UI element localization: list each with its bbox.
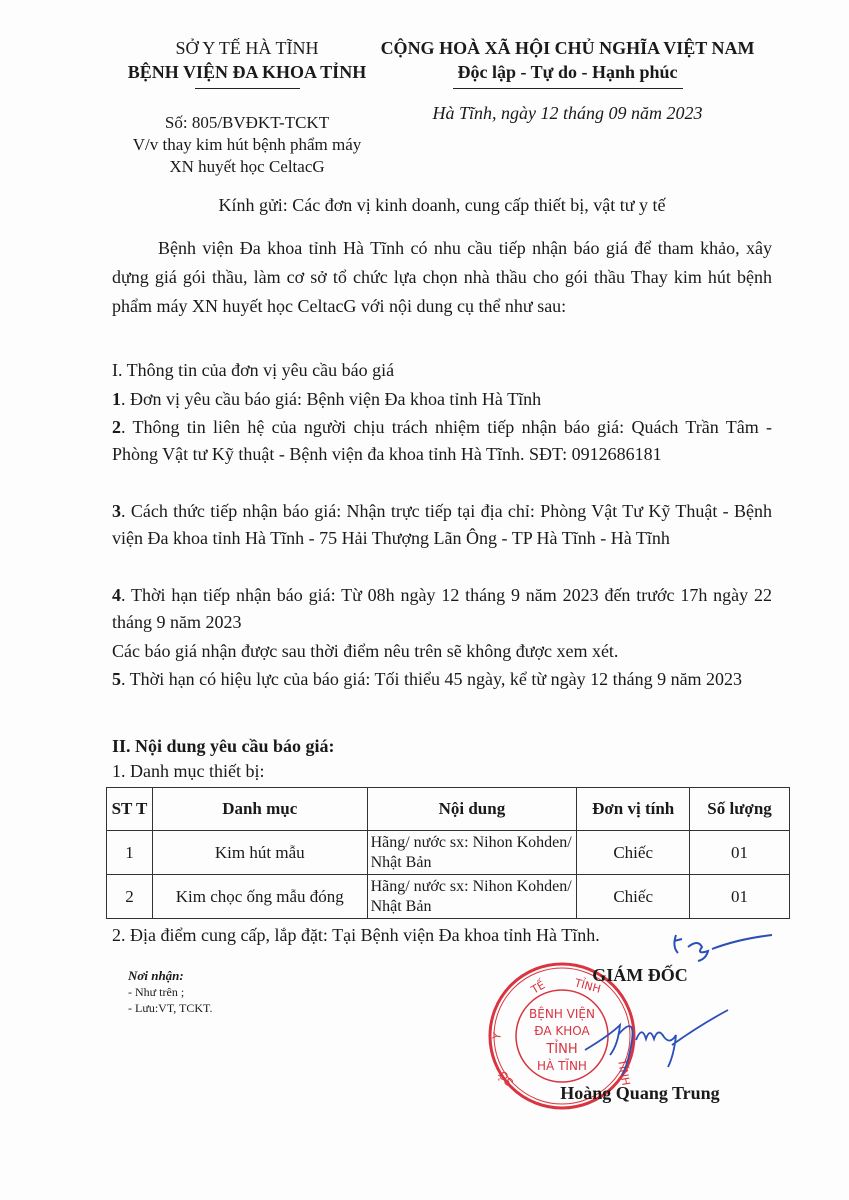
section1-item-4: 4. Thời hạn tiếp nhận báo giá: Từ 08h ng… (112, 582, 772, 636)
recipients-block: Nơi nhận: - Như trên ; - Lưu:VT, TCKT. (128, 968, 213, 1016)
late-quote-note: Các báo giá nhận được sau thời điểm nêu … (112, 638, 772, 665)
recipient-item: - Lưu:VT, TCKT. (128, 1000, 213, 1016)
intro-paragraph: Bệnh viện Đa khoa tỉnh Hà Tĩnh có nhu cầ… (112, 234, 772, 321)
document-number: Số: 805/BVĐKT-TCKT (112, 112, 382, 134)
cell-content: Hãng/ nước sx: Nihon Kohden/ Nhật Bản (367, 875, 577, 919)
section2-title: II. Nội dung yêu cầu báo giá: (112, 733, 772, 760)
cell-content: Hãng/ nước sx: Nihon Kohden/ Nhật Bản (367, 831, 577, 875)
cell-unit: Chiếc (577, 831, 690, 875)
col-content: Nội dung (367, 788, 577, 831)
col-quantity: Số lượng (690, 788, 790, 831)
document-date: Hà Tĩnh, ngày 12 tháng 09 năm 2023 (380, 103, 755, 124)
section1-item-1: 1. Đơn vị yêu cầu báo giá: Bệnh viện Đa … (112, 386, 772, 413)
signer-name: Hoàng Quang Trung (520, 1083, 760, 1104)
section2-subtitle: 1. Danh mục thiết bị: (112, 758, 772, 785)
issuer-hospital: BỆNH VIỆN ĐA KHOA TỈNH (112, 60, 382, 84)
signer-position: GIÁM ĐỐC (520, 965, 760, 986)
issuer-department: SỞ Y TẾ HÀ TĨNH (112, 36, 382, 60)
national-header: CỘNG HOÀ XÃ HỘI CHỦ NGHĨA VIỆT NAM Độc l… (380, 36, 755, 84)
issuer-header: SỞ Y TẾ HÀ TĨNH BỆNH VIỆN ĐA KHOA TỈNH (112, 36, 382, 84)
motto-underline (453, 88, 683, 89)
section1-item-2: 2. Thông tin liên hệ của người chịu trác… (112, 414, 772, 468)
issuer-underline (195, 88, 300, 89)
section1-title: I. Thông tin của đơn vị yêu cầu báo giá (112, 357, 772, 384)
table-header-row: ST T Danh mục Nội dung Đơn vị tính Số lư… (107, 788, 790, 831)
cell-item-name: Kim chọc ống mẫu đóng (152, 875, 367, 919)
svg-text:Y: Y (490, 1031, 504, 1041)
table-row: 2 Kim chọc ống mẫu đóng Hãng/ nước sx: N… (107, 875, 790, 919)
col-item-name: Danh mục (152, 788, 367, 831)
cell-item-name: Kim hút mẫu (152, 831, 367, 875)
svg-text:TỈNH: TỈNH (545, 1040, 577, 1057)
handwritten-signature-icon (580, 1005, 730, 1080)
document-subject-line1: V/v thay kim hút bệnh phẩm máy (112, 134, 382, 156)
national-motto: Độc lập - Tự do - Hạnh phúc (380, 60, 755, 84)
recipient-item: - Như trên ; (128, 984, 213, 1000)
table-row: 1 Kim hút mẫu Hãng/ nước sx: Nihon Kohde… (107, 831, 790, 875)
section1-item-3: 3. Cách thức tiếp nhận báo giá: Nhận trự… (112, 498, 772, 552)
document-meta: Số: 805/BVĐKT-TCKT V/v thay kim hút bệnh… (112, 112, 382, 178)
initials-signature-icon (668, 925, 778, 965)
recipients-title: Nơi nhận: (128, 968, 213, 984)
cell-unit: Chiếc (577, 875, 690, 919)
cell-stt: 1 (107, 831, 153, 875)
cell-quantity: 01 (690, 875, 790, 919)
equipment-table: ST T Danh mục Nội dung Đơn vị tính Số lư… (106, 787, 790, 919)
national-title: CỘNG HOÀ XÃ HỘI CHỦ NGHĨA VIỆT NAM (380, 36, 755, 60)
section1-item-5: 5. Thời hạn có hiệu lực của báo giá: Tối… (112, 666, 772, 693)
document-subject-line2: XN huyết học CeltacG (112, 156, 382, 178)
col-unit: Đơn vị tính (577, 788, 690, 831)
intro-text: Bệnh viện Đa khoa tỉnh Hà Tĩnh có nhu cầ… (112, 234, 772, 321)
cell-quantity: 01 (690, 831, 790, 875)
addressee: Kính gửi: Các đơn vị kinh doanh, cung cấ… (112, 195, 772, 216)
col-stt: ST T (107, 788, 153, 831)
cell-stt: 2 (107, 875, 153, 919)
